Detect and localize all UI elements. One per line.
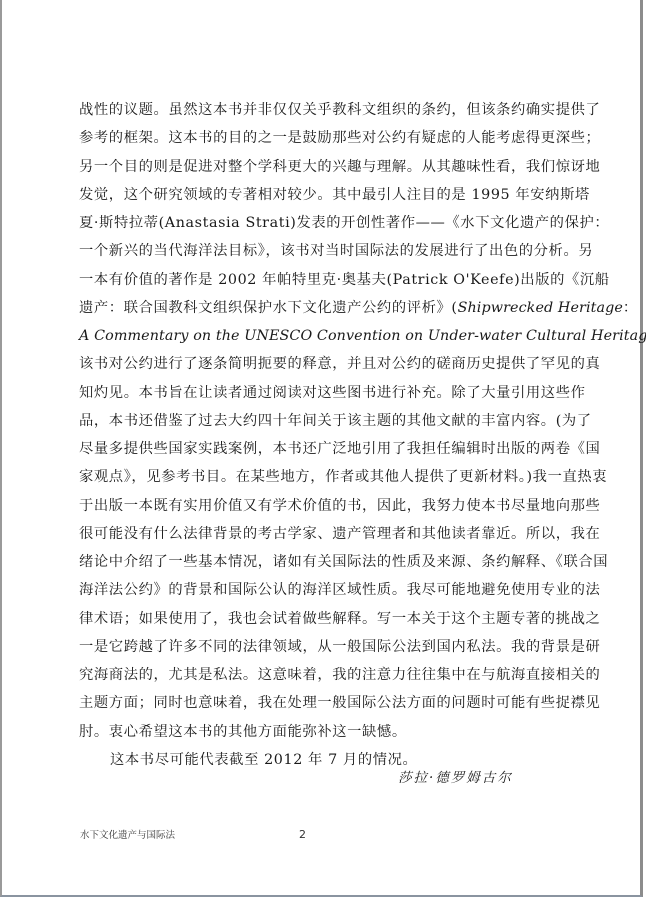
text-line: 究海商法的，尤其是私法。这意味着，我的注意力往往集中在与航海直接相关的 [79,661,571,689]
author-signature: 莎拉·德罗姆古尔 [398,766,513,790]
body-text: 战性的议题。虽然这本书并非仅仅关乎教科文组织的条约，但该条约确实提供了 参考的框… [79,96,571,774]
text-line: 肘。衷心希望这本书的其他方面能弥补这一缺憾。 [79,718,571,746]
text-fragment: 遗产：联合国教科文组织保护水下文化遗产公约的评析》( [79,300,458,316]
text-line: 遗产：联合国教科文组织保护水下文化遗产公约的评析》(Shipwrecked He… [79,294,571,322]
text-line: 夏·斯特拉蒂(Anastasia Strati)发表的开创性著作——《水下文化遗… [79,209,571,237]
text-line: 一是它跨越了许多不同的法律领域，从一般国际公法到国内私法。我的背景是研 [79,633,571,661]
text-fragment: ： [623,300,638,316]
text-line: 战性的议题。虽然这本书并非仅仅关乎教科文组织的条约，但该条约确实提供了 [79,96,571,124]
text-line: 很可能没有什么法律背景的考古学家、遗产管理者和其他读者靠近。所以，我在 [79,520,571,548]
text-line: 发觉，这个研究领域的专著相对较少。其中最引人注目的是 1995 年安纳斯塔 [79,181,571,209]
text-line: A Commentary on the UNESCO Convention on… [79,322,571,350]
page-number: 2 [299,828,306,842]
text-line: 另一个目的则是促进对整个学科更大的兴趣与理解。从其趣味性看，我们惊讶地 [79,153,571,181]
footer-book-title: 水下文化遗产与国际法 [80,829,175,843]
text-line: 品，本书还借鉴了过去大约四十年间关于该主题的其他文献的丰富内容。(为了 [79,407,571,435]
text-line: 主题方面；同时也意味着，我在处理一般国际公法方面的问题时可能有些捉襟见 [79,689,571,717]
text-line: 知灼见。本书旨在让读者通过阅读对这些图书进行补充。除了大量引用这些作 [79,379,571,407]
text-line: 海洋法公约》的背景和国际公认的海洋区域性质。我尽可能地避免使用专业的法 [79,576,571,604]
text-line: 家观点》，见参考书目。在某些地方，作者或其他人提供了更新材料。)我一直热衷 [79,463,571,491]
text-line: 于出版一本既有实用价值又有学术价值的书，因此，我努力使本书尽量地向那些 [79,492,571,520]
text-line: 一个新兴的当代海洋法目标》，该书对当时国际法的发展进行了出色的分析。另 [79,237,571,265]
text-line: 参考的框架。这本书的目的之一是鼓励那些对公约有疑虑的人能考虑得更深些； [79,124,571,152]
text-line: 律术语；如果使用了，我也会试着做些解释。写一本关于这个主题专著的挑战之 [79,605,571,633]
italic-book-title: Shipwrecked Heritage [458,300,623,316]
italic-book-subtitle: A Commentary on the UNESCO Convention on… [79,328,646,344]
text-line: 该书对公约进行了逐条简明扼要的释意，并且对公约的磋商历史提供了罕见的真 [79,350,571,378]
text-line: 绪论中介绍了一些基本情况，诸如有关国际法的性质及来源、条约解释、《联合国 [79,548,571,576]
document-page: 战性的议题。虽然这本书并非仅仅关乎教科文组织的条约，但该条约确实提供了 参考的框… [0,0,643,897]
text-line: 一本有价值的著作是 2002 年帕特里克·奥基夫(Patrick O'Keefe… [79,266,571,294]
text-line: 尽量多提供些国家实践案例，本书还广泛地引用了我担任编辑时出版的两卷《国 [79,435,571,463]
